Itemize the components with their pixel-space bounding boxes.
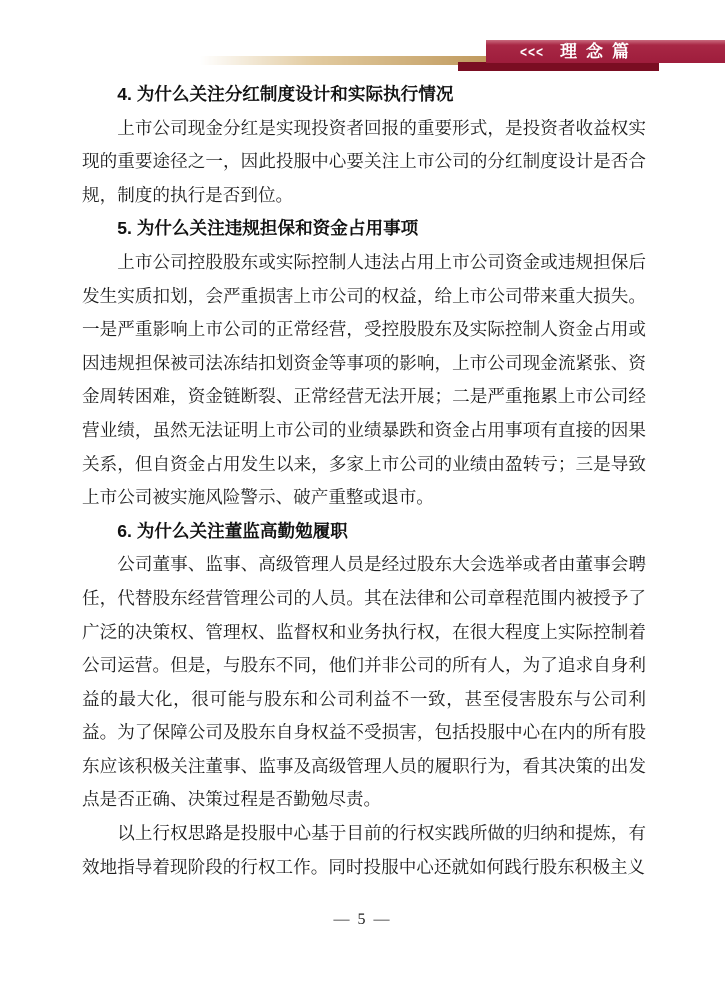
page-content: 4. 为什么关注分红制度设计和实际执行情况 上市公司现金分红是实现投资者回报的重… <box>82 78 646 884</box>
section-6-paragraph-2: 以上行权思路是投服中心基于目前的行权实践所做的归纳和提炼，有效地指导着现阶段的行… <box>82 817 646 884</box>
section-4-paragraph: 上市公司现金分红是实现投资者回报的重要形式，是投资者收益权实现的重要途径之一，因… <box>82 112 646 213</box>
gold-gradient-stripe <box>200 56 486 65</box>
section-heading-6: 6. 为什么关注董监高勤勉履职 <box>82 515 646 549</box>
chapter-title: 理念篇 <box>560 43 638 60</box>
chapter-banner: <<< 理念篇 <box>486 40 725 63</box>
page-number: — 5 — <box>0 911 725 929</box>
chevrons-left-icon: <<< <box>520 44 544 59</box>
section-6-paragraph-1: 公司董事、监事、高级管理人员是经过股东大会选举或者由董事会聘任，代替股东经营管理… <box>82 548 646 817</box>
book-page: <<< 理念篇 4. 为什么关注分红制度设计和实际执行情况 上市公司现金分红是实… <box>0 0 725 985</box>
section-heading-5: 5. 为什么关注违规担保和资金占用事项 <box>82 212 646 246</box>
section-heading-4: 4. 为什么关注分红制度设计和实际执行情况 <box>82 78 646 112</box>
section-5-paragraph: 上市公司控股股东或实际控制人违法占用上市公司资金或违规担保后发生实质扣划，会严重… <box>82 246 646 515</box>
banner-shadow-bar <box>458 62 659 71</box>
